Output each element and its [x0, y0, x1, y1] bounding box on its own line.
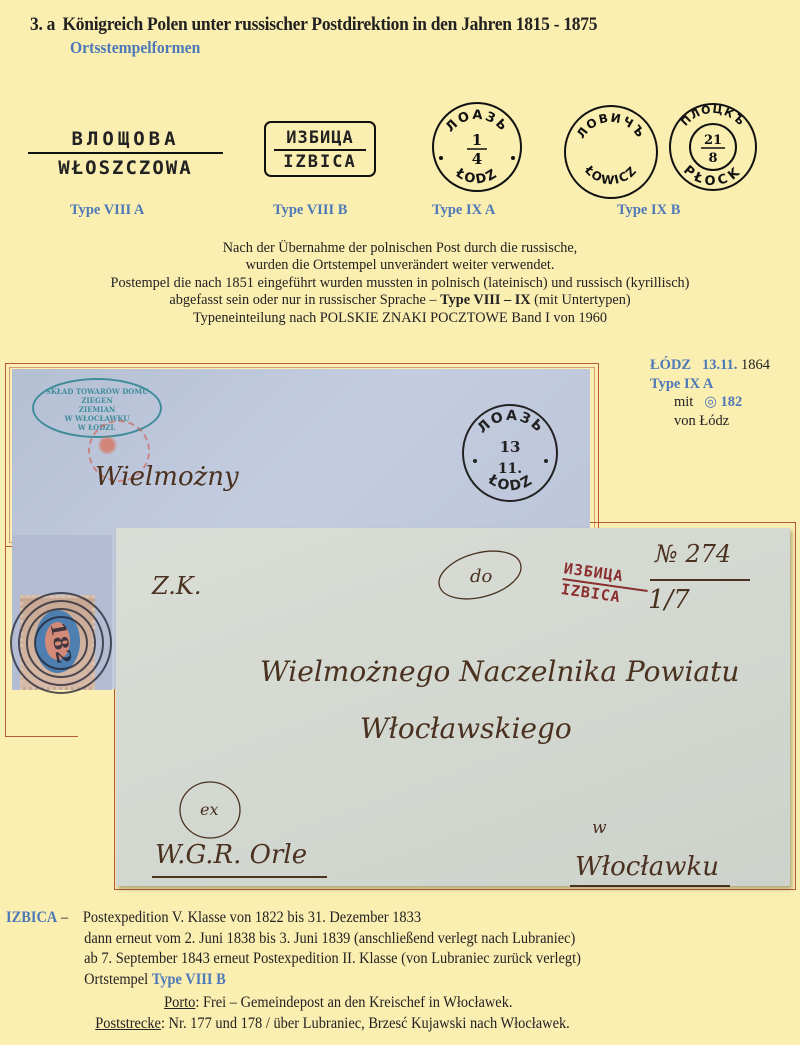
- porto-label: Porto: [164, 994, 195, 1011]
- svg-text:ŁOWICZ: ŁOWICZ: [581, 162, 640, 187]
- svg-text:4: 4: [472, 150, 482, 168]
- type-label-viii-b: Type VIII B: [273, 202, 347, 219]
- lodz-date: 13.11.: [702, 357, 737, 373]
- lodz-place-date: ŁÓDZ 13.11. 1864: [650, 356, 770, 375]
- lodz-year: 1864: [741, 357, 770, 373]
- route-label: Poststrecke: [95, 1015, 161, 1032]
- intro-line: Nach der Übernahme der polnischen Post d…: [40, 240, 760, 257]
- sender-underline: [152, 876, 327, 878]
- type-label-viii-a: Type VIII A: [70, 202, 144, 219]
- stamp-type-ix-b-lowicz: ЛОВИЧЪ ŁOWICZ: [562, 103, 660, 201]
- stamp-type-viii-b: ИЗБИЦА IZBICA: [264, 121, 376, 177]
- cover1-address-script: Wielmożny: [95, 462, 239, 492]
- svg-text:13: 13: [500, 438, 521, 456]
- desc-line-1: IZBICA – Postexpedition V. Klasse von 18…: [6, 908, 421, 929]
- destination-script: Włocławku: [575, 852, 719, 882]
- intro-line: abgefasst sein oder nur in russischer Sp…: [40, 292, 760, 309]
- date-notation: 1/7: [648, 585, 690, 615]
- lodz-type: Type IX A: [650, 375, 770, 394]
- svg-text:182: 182: [46, 620, 77, 665]
- ex-flourish: [170, 765, 280, 845]
- desc-type: Type VIII B: [152, 971, 226, 988]
- cachet-line: W WŁOCŁAWKU: [34, 414, 160, 423]
- svg-text:21: 21: [704, 133, 722, 148]
- desc-porto: Porto: Frei – Gemeindepost an den Kreisc…: [164, 993, 512, 1014]
- porto-text: : Frei – Gemeindepost an den Kreischef i…: [195, 994, 512, 1011]
- svg-text:1: 1: [472, 131, 482, 149]
- svg-text:ŁODZ: ŁODZ: [452, 165, 501, 187]
- stamp-rule: [274, 149, 366, 151]
- desc-text: Postexpedition V. Klasse von 1822 bis 31…: [83, 909, 421, 926]
- sender-script: W.G.R. Orle: [155, 840, 307, 870]
- cachet-line: SKŁAD TOWARÓW DOMU ZIEGEN: [34, 387, 160, 405]
- type-label-ix-b: Type IX B: [617, 202, 680, 219]
- register-number: № 274: [655, 540, 731, 568]
- stamp-cyrillic-line: ИЗБИЦА: [266, 129, 374, 148]
- page-title: 3. aKönigreich Polen unter russischer Po…: [30, 14, 597, 36]
- stamp-type-ix-a: ЛОАЗЬ ŁODZ 1 4: [430, 100, 524, 194]
- address-line-1: Wielmożnego Naczelnika Powiatu: [260, 655, 739, 688]
- route-text: : Nr. 177 und 178 / über Lubraniec, Brze…: [161, 1015, 570, 1032]
- do-flourish: [432, 535, 542, 605]
- lodz-origin: von Łódz: [650, 412, 770, 431]
- stamp-rule: [28, 152, 223, 154]
- desc-route: Poststrecke: Nr. 177 und 178 / über Lubr…: [95, 1014, 570, 1035]
- dash: –: [57, 909, 71, 926]
- desc-text: Ortstempel: [84, 971, 152, 988]
- cancel-number: 182: [721, 394, 743, 410]
- address-line-2: Włocławskiego: [360, 712, 572, 745]
- section-number: 3. a: [30, 14, 55, 35]
- title-text: Königreich Polen unter russischer Postdi…: [62, 14, 597, 35]
- intro-line: wurden die Ortstempel unverändert weiter…: [40, 257, 760, 274]
- lodz-cancel: mit ◎ 182: [650, 393, 770, 412]
- ex-script: ex: [200, 800, 219, 819]
- cds-lodz-cancel: ЛОАЗЬ ŁODZ 13 11.: [460, 403, 561, 504]
- page-subtitle: Ortsstempelformen: [70, 38, 200, 58]
- number-underline: [650, 579, 750, 581]
- lodz-place: ŁÓDZ: [650, 357, 691, 373]
- stamp-type-ix-b-plock: ПЛОЦКЪ PŁOCK 21 8: [667, 101, 759, 193]
- desc-line-3: ab 7. September 1843 erneut Postexpediti…: [84, 949, 581, 970]
- stamp-latin-line: WŁOSZCZOWA: [28, 157, 223, 179]
- numeral-cancel-182: 182: [6, 588, 116, 698]
- desc-line-2: dann erneut vom 2. Juni 1838 bis 3. Juni…: [84, 929, 575, 950]
- intro-line: Typeneinteilung nach POLSKIE ZNAKI POCZT…: [40, 310, 760, 327]
- intro-text: Nach der Übernahme der polnischen Post d…: [40, 240, 760, 327]
- intro-text-fragment: abgefasst sein oder nur in russischer Sp…: [169, 292, 440, 308]
- concentric-circles-icon: ◎: [704, 394, 717, 410]
- lodz-note: ŁÓDZ 13.11. 1864 Type IX A mit ◎ 182 von…: [650, 356, 770, 430]
- corner-notation: Z.K.: [152, 572, 201, 600]
- svg-text:PŁOCK: PŁOCK: [680, 163, 746, 189]
- stamp-cyrillic-line: ВЛОЩОВА: [28, 128, 223, 150]
- intro-text-fragment: (mit Untertypen): [531, 292, 631, 308]
- stamp-type-viii-a: ВЛОЩОВА WŁOSZCZOWA: [28, 128, 223, 179]
- svg-text:8: 8: [708, 151, 717, 166]
- stamp-latin-line: IZBICA: [266, 153, 374, 172]
- svg-text:11.: 11.: [498, 461, 522, 477]
- mit-label: mit: [674, 394, 693, 410]
- w-script: w: [592, 818, 607, 838]
- place-heading: IZBICA: [6, 909, 57, 926]
- type-label-ix-a: Type IX A: [432, 202, 495, 219]
- intro-types-bold: Type VIII – IX: [440, 292, 530, 308]
- cachet-line: ZIEMIAN: [34, 405, 160, 414]
- destination-underline: [570, 885, 730, 887]
- desc-line-4: Ortstempel Type VIII B: [84, 970, 226, 991]
- intro-line: Postempel die nach 1851 eingeführt wurde…: [40, 275, 760, 292]
